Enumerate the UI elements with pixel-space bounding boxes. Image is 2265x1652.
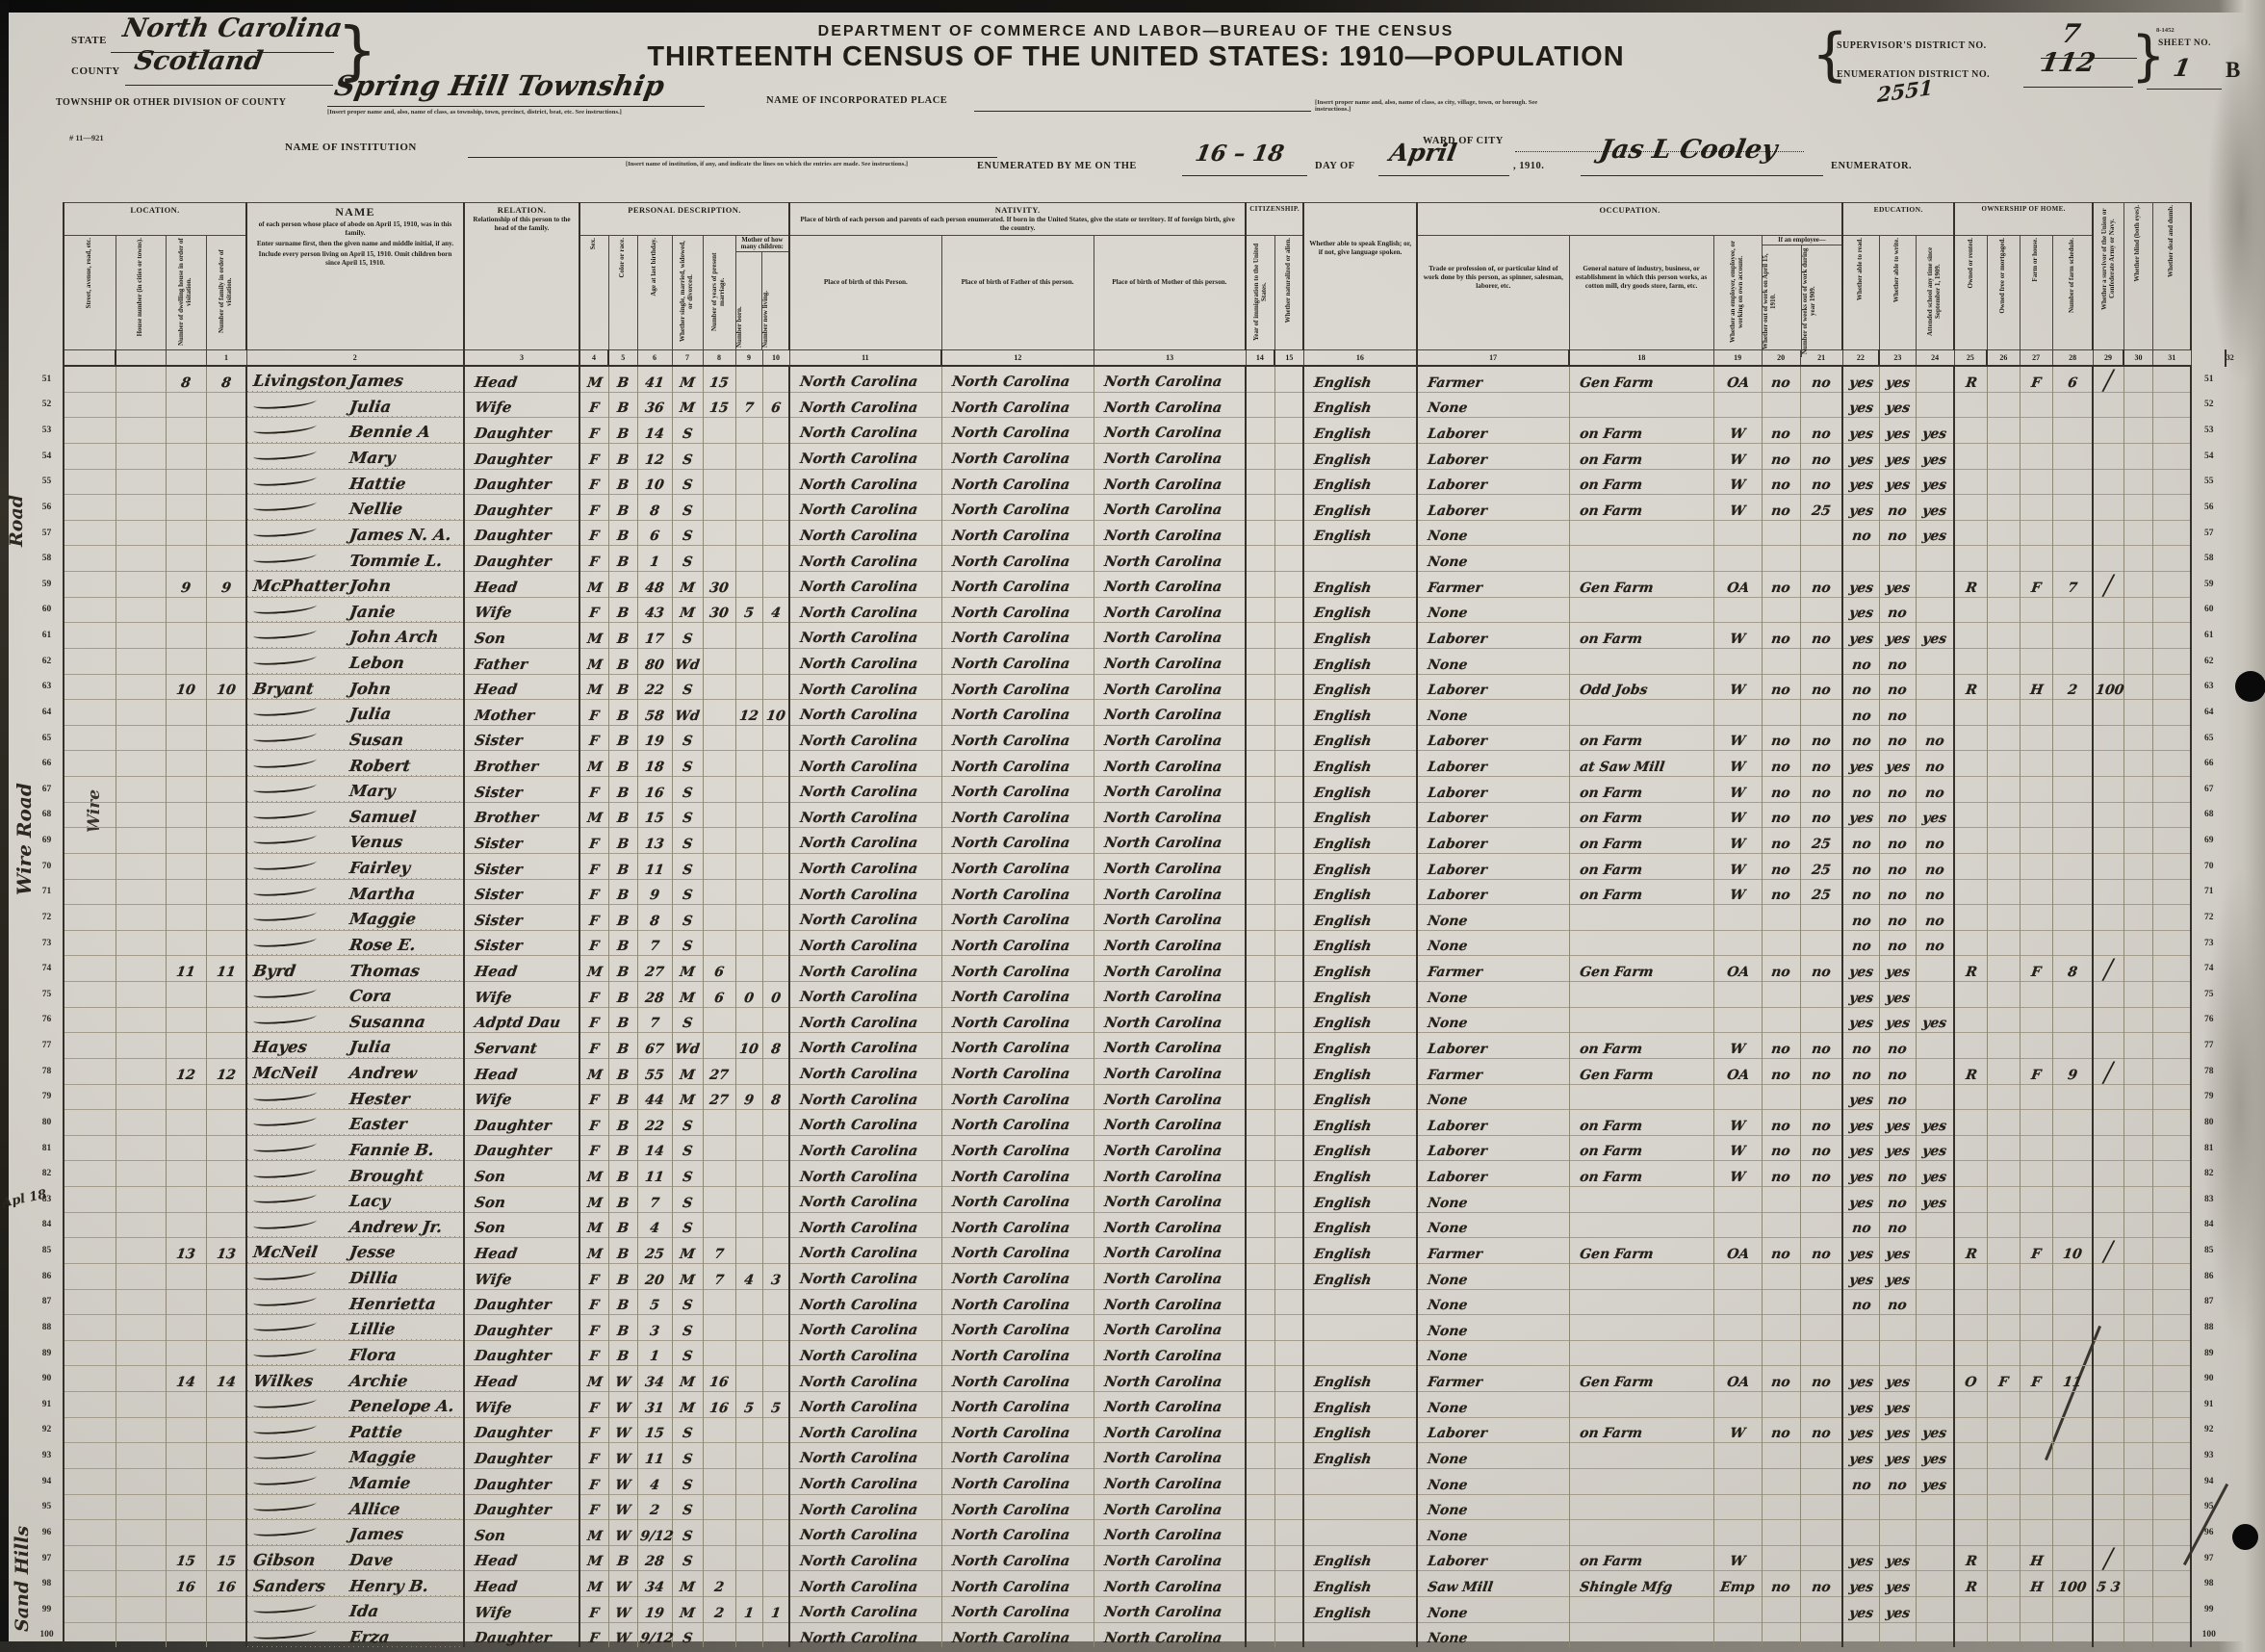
col-ln: 88: [31, 1315, 64, 1341]
col-bpf: North Carolina: [941, 1315, 1094, 1341]
col-lang: English: [1303, 1161, 1417, 1187]
col-bp: North Carolina: [789, 1315, 941, 1341]
census-sheet-scan: # 11—921 STATE North Carolina COUNTY Sco…: [0, 0, 2265, 1652]
ditto-mark: [253, 601, 317, 614]
column-header-farm-house: Farm or house.: [2020, 236, 2052, 350]
col-mort: [1987, 1315, 2020, 1341]
col-lang: English: [1303, 1417, 1417, 1443]
col-own: R: [1954, 674, 1987, 700]
col-dwell: [166, 1417, 206, 1443]
col-fam: [206, 1007, 246, 1033]
col-yrs: [703, 1135, 735, 1161]
col-emp: [1713, 520, 1762, 546]
given-name: Andrew: [349, 1066, 417, 1082]
col-yrs: [703, 777, 735, 803]
col-lang: English: [1303, 520, 1417, 546]
col-mar: S: [672, 1315, 703, 1341]
col-imm: [1246, 700, 1274, 726]
col-mar: S: [672, 1417, 703, 1443]
col-trade: Saw Mill: [1417, 1571, 1569, 1597]
col-lnR: 74: [2191, 956, 2226, 982]
col-out: no: [1762, 1110, 1800, 1136]
col-emp: [1713, 1494, 1762, 1520]
col-mar: S: [672, 418, 703, 444]
column-header-years-married: Number of years of present marriage.: [703, 236, 735, 350]
col-sch: no: [1916, 853, 1954, 879]
col-own: [1954, 648, 1987, 674]
col-out: no: [1762, 1135, 1800, 1161]
col-wks: no: [1800, 1058, 1842, 1084]
given-name: Martha: [349, 887, 415, 903]
col-bp: North Carolina: [789, 392, 941, 418]
col-deaf: [2152, 1366, 2191, 1392]
col-fh: F: [2020, 956, 2052, 982]
col-house: [116, 1340, 166, 1366]
col-cb: [735, 930, 762, 956]
col-color: B: [608, 777, 637, 803]
col-color: B: [608, 1033, 637, 1059]
col-bpf: North Carolina: [941, 700, 1094, 726]
col-trade: None: [1417, 1340, 1569, 1366]
col-street: [64, 802, 116, 828]
col-street: [64, 930, 116, 956]
col-lang: English: [1303, 828, 1417, 854]
col-age: 28: [637, 982, 672, 1008]
ditto-mark: [253, 447, 317, 460]
col-wks: [1800, 1315, 1842, 1341]
col-bpf: North Carolina: [941, 982, 1094, 1008]
col-bpm: North Carolina: [1094, 366, 1246, 392]
col-own: [1954, 1494, 1987, 1520]
col-wks: no: [1800, 777, 1842, 803]
col-cb: [735, 443, 762, 469]
sheet-underline: [2147, 89, 2222, 90]
col-rel: Daughter: [464, 1443, 579, 1469]
col-rel: Sister: [464, 879, 579, 905]
col-emp: W: [1713, 495, 1762, 521]
col-bp: North Carolina: [789, 495, 941, 521]
col-ln: 76: [31, 1007, 64, 1033]
col-natz: [1274, 443, 1303, 469]
col-bpm: North Carolina: [1094, 1007, 1246, 1033]
col-ln: 74: [31, 956, 64, 982]
col-lang: English: [1303, 982, 1417, 1008]
column-number: 6: [637, 350, 672, 367]
col-emp: W: [1713, 674, 1762, 700]
col-lang: [1303, 546, 1417, 572]
col-sex: F: [579, 1597, 608, 1623]
col-street: [64, 1263, 116, 1289]
col-color: B: [608, 1007, 637, 1033]
col-cb: [735, 956, 762, 982]
col-lang: English: [1303, 956, 1417, 982]
col-street: [64, 418, 116, 444]
col-ln: 60: [31, 597, 64, 623]
surname: [253, 603, 349, 622]
col-fh: H: [2020, 1571, 2052, 1597]
col-sched: [2052, 930, 2093, 956]
col-read: yes: [1842, 597, 1879, 623]
col-read: no: [1842, 648, 1879, 674]
col-wks: [1800, 1443, 1842, 1469]
col-natz: [1274, 751, 1303, 777]
col-ind: on Farm: [1569, 1033, 1713, 1059]
col-out: no: [1762, 1571, 1800, 1597]
col-lnR: 52: [2191, 392, 2226, 418]
col-cb: 1: [735, 1597, 762, 1623]
col-ind: Odd Jobs: [1569, 674, 1713, 700]
col-street: [64, 1161, 116, 1187]
col-rel: Mother: [464, 700, 579, 726]
col-wks: 25: [1800, 828, 1842, 854]
given-name: Erza: [349, 1630, 389, 1646]
col-trade: Laborer: [1417, 1417, 1569, 1443]
col-blind: [2123, 1263, 2152, 1289]
surname: [253, 1397, 349, 1416]
col-yrs: [703, 546, 735, 572]
col-own: [1954, 1110, 1987, 1136]
census-row: 84Andrew Jr.SonMB4SNorth CarolinaNorth C…: [31, 1212, 2226, 1238]
col-sched: 10: [2052, 1238, 2093, 1264]
scan-edge-left: [0, 0, 9, 1652]
col-lang: [1303, 1494, 1417, 1520]
col-out: [1762, 700, 1800, 726]
col-bpm: North Carolina: [1094, 1340, 1246, 1366]
col-mar: S: [672, 623, 703, 649]
col-lnR: 66: [2191, 751, 2226, 777]
col-lnR: 94: [2191, 1468, 2226, 1494]
col-mort: [1987, 879, 2020, 905]
col-trade: None: [1417, 1084, 1569, 1110]
col-cb: 5: [735, 1392, 762, 1418]
col-out: no: [1762, 623, 1800, 649]
col-own: [1954, 1622, 1987, 1647]
col-vet: [2093, 777, 2123, 803]
col-sex: F: [579, 1135, 608, 1161]
col-mort: [1987, 1392, 2020, 1418]
col-yrs: [703, 1110, 735, 1136]
col-dwell: [166, 1289, 206, 1315]
col-color: W: [608, 1597, 637, 1623]
col-out: [1762, 1468, 1800, 1494]
col-bpm: North Carolina: [1094, 1110, 1246, 1136]
col-sch: [1916, 1315, 1954, 1341]
col-write: yes: [1879, 956, 1916, 982]
col-fam: [206, 853, 246, 879]
col-bp: North Carolina: [789, 1443, 941, 1469]
col-read: no: [1842, 1468, 1879, 1494]
col-age: 12: [637, 443, 672, 469]
col-natz: [1274, 1392, 1303, 1418]
col-out: [1762, 982, 1800, 1008]
county-label: COUNTY: [71, 65, 120, 77]
surname: [253, 987, 349, 1006]
col-dwell: [166, 1135, 206, 1161]
col-wks: no: [1800, 802, 1842, 828]
col-lnR: 68: [2191, 802, 2226, 828]
col-bp: North Carolina: [789, 418, 941, 444]
ditto-mark: [253, 985, 317, 998]
col-natz: [1274, 1135, 1303, 1161]
col-deaf: [2152, 1417, 2191, 1443]
col-mar: S: [672, 777, 703, 803]
col-age: 41: [637, 366, 672, 392]
col-mort: [1987, 366, 2020, 392]
col-age: 11: [637, 853, 672, 879]
column-header-write: Whether able to write.: [1879, 236, 1916, 350]
col-sex: M: [579, 648, 608, 674]
col-emp: [1713, 1468, 1762, 1494]
col-ind: on Farm: [1569, 828, 1713, 854]
col-sched: 11: [2052, 1366, 2093, 1392]
col-color: W: [608, 1520, 637, 1546]
col-bpf: North Carolina: [941, 1494, 1094, 1520]
col-sex: M: [579, 366, 608, 392]
col-deaf: [2152, 366, 2191, 392]
col-color: B: [608, 648, 637, 674]
col-bpm: North Carolina: [1094, 1238, 1246, 1264]
col-bpf: North Carolina: [941, 418, 1094, 444]
col-read: no: [1842, 674, 1879, 700]
col-rel: Wife: [464, 982, 579, 1008]
col-read: [1842, 1520, 1879, 1546]
col-ind: on Farm: [1569, 1110, 1713, 1136]
census-row: 70FairleySisterFB11SNorth CarolinaNorth …: [31, 853, 2226, 879]
col-blind: [2123, 1110, 2152, 1136]
col-rel: Daughter: [464, 1315, 579, 1341]
col-blind: [2123, 1084, 2152, 1110]
col-dwell: [166, 1622, 206, 1647]
col-wks: no: [1800, 725, 1842, 751]
col-color: B: [608, 443, 637, 469]
col-write: yes: [1879, 392, 1916, 418]
col-own: [1954, 725, 1987, 751]
col-mort: [1987, 674, 2020, 700]
col-vet: [2093, 443, 2123, 469]
col-sch: yes: [1916, 1110, 1954, 1136]
col-trade: None: [1417, 1263, 1569, 1289]
col-age: 48: [637, 572, 672, 598]
col-bpf: North Carolina: [941, 1597, 1094, 1623]
col-ind: on Farm: [1569, 1135, 1713, 1161]
col-name: Ida: [246, 1597, 464, 1623]
col-bpf: North Carolina: [941, 1545, 1094, 1571]
col-cl: [762, 1468, 789, 1494]
col-ln: 86: [31, 1263, 64, 1289]
col-mar: S: [672, 1110, 703, 1136]
col-rel: Daughter: [464, 546, 579, 572]
col-natz: [1274, 1597, 1303, 1623]
col-imm: [1246, 1443, 1274, 1469]
col-mar: S: [672, 1545, 703, 1571]
column-header-house-number: House number (in cities or towns).: [116, 236, 166, 350]
col-cb: [735, 1187, 762, 1213]
col-street: [64, 1545, 116, 1571]
col-deaf: [2152, 777, 2191, 803]
col-street: [64, 1443, 116, 1469]
col-imm: [1246, 648, 1274, 674]
col-vet: [2093, 392, 2123, 418]
col-yrs: 30: [703, 597, 735, 623]
col-cl: [762, 495, 789, 521]
col-bpm: North Carolina: [1094, 1289, 1246, 1315]
col-lang: [1303, 1340, 1417, 1366]
col-mar: M: [672, 1263, 703, 1289]
column-header-if-employee: If an employee— Whether out of work on A…: [1762, 236, 1842, 350]
col-natz: [1274, 1212, 1303, 1238]
col-ind: [1569, 1187, 1713, 1213]
col-bpm: North Carolina: [1094, 1315, 1246, 1341]
col-deaf: [2152, 418, 2191, 444]
col-rel: Head: [464, 674, 579, 700]
col-own: [1954, 1187, 1987, 1213]
col-ln: 53: [31, 418, 64, 444]
col-bpf: North Carolina: [941, 1135, 1094, 1161]
col-write: no: [1879, 853, 1916, 879]
col-sex: F: [579, 1110, 608, 1136]
col-bpm: North Carolina: [1094, 1494, 1246, 1520]
col-sex: M: [579, 1520, 608, 1546]
col-write: yes: [1879, 469, 1916, 495]
col-bp: North Carolina: [789, 1289, 941, 1315]
col-blind: [2123, 495, 2152, 521]
column-number: 27: [2020, 350, 2052, 367]
column-number: 31: [2152, 350, 2191, 367]
col-emp: [1713, 1263, 1762, 1289]
col-read: yes: [1842, 1187, 1879, 1213]
col-emp: W: [1713, 751, 1762, 777]
col-street: [64, 469, 116, 495]
col-dwell: [166, 1212, 206, 1238]
col-out: [1762, 1187, 1800, 1213]
col-fh: [2020, 597, 2052, 623]
col-yrs: 2: [703, 1571, 735, 1597]
col-imm: [1246, 392, 1274, 418]
col-bpm: North Carolina: [1094, 572, 1246, 598]
col-ln: 77: [31, 1033, 64, 1059]
col-trade: Laborer: [1417, 751, 1569, 777]
col-sch: [1916, 1263, 1954, 1289]
census-row: 81Fannie B.DaughterFB14SNorth CarolinaNo…: [31, 1135, 2226, 1161]
col-fh: [2020, 648, 2052, 674]
col-read: [1842, 546, 1879, 572]
col-write: yes: [1879, 1135, 1916, 1161]
col-mar: M: [672, 982, 703, 1008]
col-read: yes: [1842, 1135, 1879, 1161]
col-sched: 9: [2052, 1058, 2093, 1084]
col-sched: 100: [2052, 1571, 2093, 1597]
col-bp: North Carolina: [789, 1366, 941, 1392]
col-age: 80: [637, 648, 672, 674]
col-read: yes: [1842, 623, 1879, 649]
col-bp: North Carolina: [789, 469, 941, 495]
census-row: 82BroughtSonMB11SNorth CarolinaNorth Car…: [31, 1161, 2226, 1187]
col-blind: [2123, 700, 2152, 726]
col-dwell: 15: [166, 1545, 206, 1571]
col-sched: [2052, 495, 2093, 521]
col-mar: Wd: [672, 700, 703, 726]
col-dwell: [166, 828, 206, 854]
col-lnR: 60: [2191, 597, 2226, 623]
col-own: R: [1954, 956, 1987, 982]
col-bpm: North Carolina: [1094, 828, 1246, 854]
col-color: B: [608, 700, 637, 726]
col-cl: [762, 469, 789, 495]
col-own: [1954, 1315, 1987, 1341]
col-fh: F: [2020, 572, 2052, 598]
given-name: Henrietta: [349, 1297, 435, 1313]
col-cl: [762, 1289, 789, 1315]
col-imm: [1246, 956, 1274, 982]
col-sex: M: [579, 1212, 608, 1238]
col-cl: [762, 1315, 789, 1341]
col-sched: [2052, 1545, 2093, 1571]
col-color: B: [608, 674, 637, 700]
col-bpm: North Carolina: [1094, 982, 1246, 1008]
col-cl: [762, 879, 789, 905]
col-color: W: [608, 1417, 637, 1443]
col-fam: [206, 982, 246, 1008]
col-lang: English: [1303, 1187, 1417, 1213]
col-blind: [2123, 648, 2152, 674]
col-lang: English: [1303, 623, 1417, 649]
column-number: 3: [464, 350, 579, 367]
column-number: 28: [2052, 350, 2093, 367]
census-row: 53Bennie ADaughterFB14SNorth CarolinaNor…: [31, 418, 2226, 444]
col-color: B: [608, 1212, 637, 1238]
col-write: no: [1879, 700, 1916, 726]
col-wks: [1800, 1340, 1842, 1366]
col-trade: Laborer: [1417, 802, 1569, 828]
col-lnR: 80: [2191, 1110, 2226, 1136]
given-name: Julia: [349, 1040, 391, 1056]
col-bpm: North Carolina: [1094, 802, 1246, 828]
col-bpm: North Carolina: [1094, 392, 1246, 418]
col-natz: [1274, 1468, 1303, 1494]
col-imm: [1246, 751, 1274, 777]
col-imm: [1246, 1622, 1274, 1647]
col-rel: Head: [464, 1238, 579, 1264]
col-read: no: [1842, 1212, 1879, 1238]
col-yrs: 27: [703, 1058, 735, 1084]
col-dwell: [166, 879, 206, 905]
col-house: [116, 777, 166, 803]
col-deaf: [2152, 648, 2191, 674]
col-sched: [2052, 853, 2093, 879]
surname: McPhatter: [253, 579, 349, 597]
col-name: McNeilAndrew: [246, 1058, 464, 1084]
col-own: [1954, 1468, 1987, 1494]
given-name: Fairley: [349, 861, 410, 877]
population-schedule-table: LOCATION. NAME of each person whose plac…: [31, 202, 2226, 1647]
col-rel: Daughter: [464, 1110, 579, 1136]
col-fh: [2020, 982, 2052, 1008]
col-write: [1879, 1494, 1916, 1520]
col-rel: Head: [464, 366, 579, 392]
given-name: Lebon: [349, 656, 404, 672]
col-house: [116, 1520, 166, 1546]
col-lang: English: [1303, 1007, 1417, 1033]
col-mar: M: [672, 1366, 703, 1392]
col-deaf: [2152, 1392, 2191, 1418]
col-deaf: [2152, 982, 2191, 1008]
ditto-mark: [253, 1600, 317, 1613]
column-header-mother-of-children: Mother of how many children: Number born…: [735, 236, 789, 350]
col-out: [1762, 648, 1800, 674]
ditto-mark: [253, 1088, 317, 1101]
col-vet: [2093, 1622, 2123, 1647]
col-blind: [2123, 1187, 2152, 1213]
